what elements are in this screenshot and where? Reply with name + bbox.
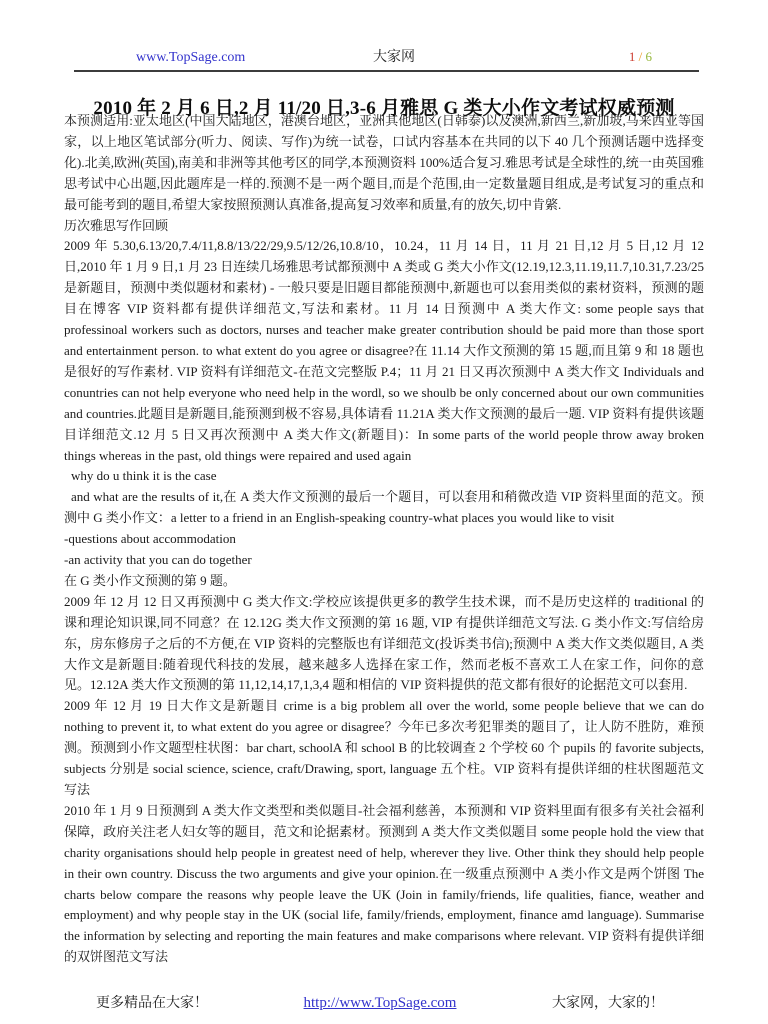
page-header: www.TopSage.com 大家网 1 / 6 (64, 46, 704, 66)
page-number-current: 1 (629, 49, 636, 64)
paragraph-jan9: 2010 年 1 月 9 日预测到 A 类大作文类型和类似题目-社会福利慈善，本… (64, 801, 704, 968)
paragraph-letter-point-2: -an activity that you can do together (64, 550, 704, 571)
footer-left-text: 更多精品在大家！ (64, 992, 263, 1012)
paragraph-dec12: 2009 年 12 月 12 日又再预测中 G 类大作文:学校应该提供更多的教学… (64, 592, 704, 697)
header-divider-rule (74, 70, 699, 72)
page-footer: 更多精品在大家！ http://www.TopSage.com 大家网，大家的！ (64, 992, 704, 1012)
header-left: www.TopSage.com (64, 50, 308, 66)
paragraph-letter-point-1: -questions about accommodation (64, 529, 704, 550)
document-body: 本预测适用:亚太地区(中国大陆地区，港澳台地区，亚洲其他地区(日韩泰)以及澳洲,… (64, 111, 704, 968)
header-site-name: 大家网 (308, 46, 480, 66)
footer-site-link[interactable]: http://www.TopSage.com (304, 995, 457, 1011)
paragraph-dec19: 2009 年 12 月 19 日大作文是新题目 crime is a big p… (64, 696, 704, 801)
paragraph-intro: 本预测适用:亚太地区(中国大陆地区，港澳台地区，亚洲其他地区(日韩泰)以及澳洲,… (64, 111, 704, 216)
paragraph-review-heading: 历次雅思写作回顾 (64, 216, 704, 237)
page-number-separator: / (639, 49, 643, 64)
header-site-link[interactable]: www.TopSage.com (136, 50, 245, 65)
paragraph-2009-predictions: 2009 年 5.30,6.13/20,7.4/11,8.8/13/22/29,… (64, 236, 704, 466)
document-page: www.TopSage.com 大家网 1 / 6 2010 年 2 月 6 日… (0, 0, 768, 1024)
paragraph-g-task-note: 在 G 类小作文预测的第 9 题。 (64, 571, 704, 592)
paragraph-question-line-2: and what are the results of it,在 A 类大作文预… (64, 487, 704, 529)
page-number-total: 6 (646, 49, 653, 64)
page-number: 1 / 6 (480, 49, 704, 65)
footer-right-text: 大家网，大家的！ (497, 992, 704, 1012)
paragraph-question-line-1: why do u think it is the case (64, 466, 704, 487)
footer-center: http://www.TopSage.com (263, 995, 497, 1012)
